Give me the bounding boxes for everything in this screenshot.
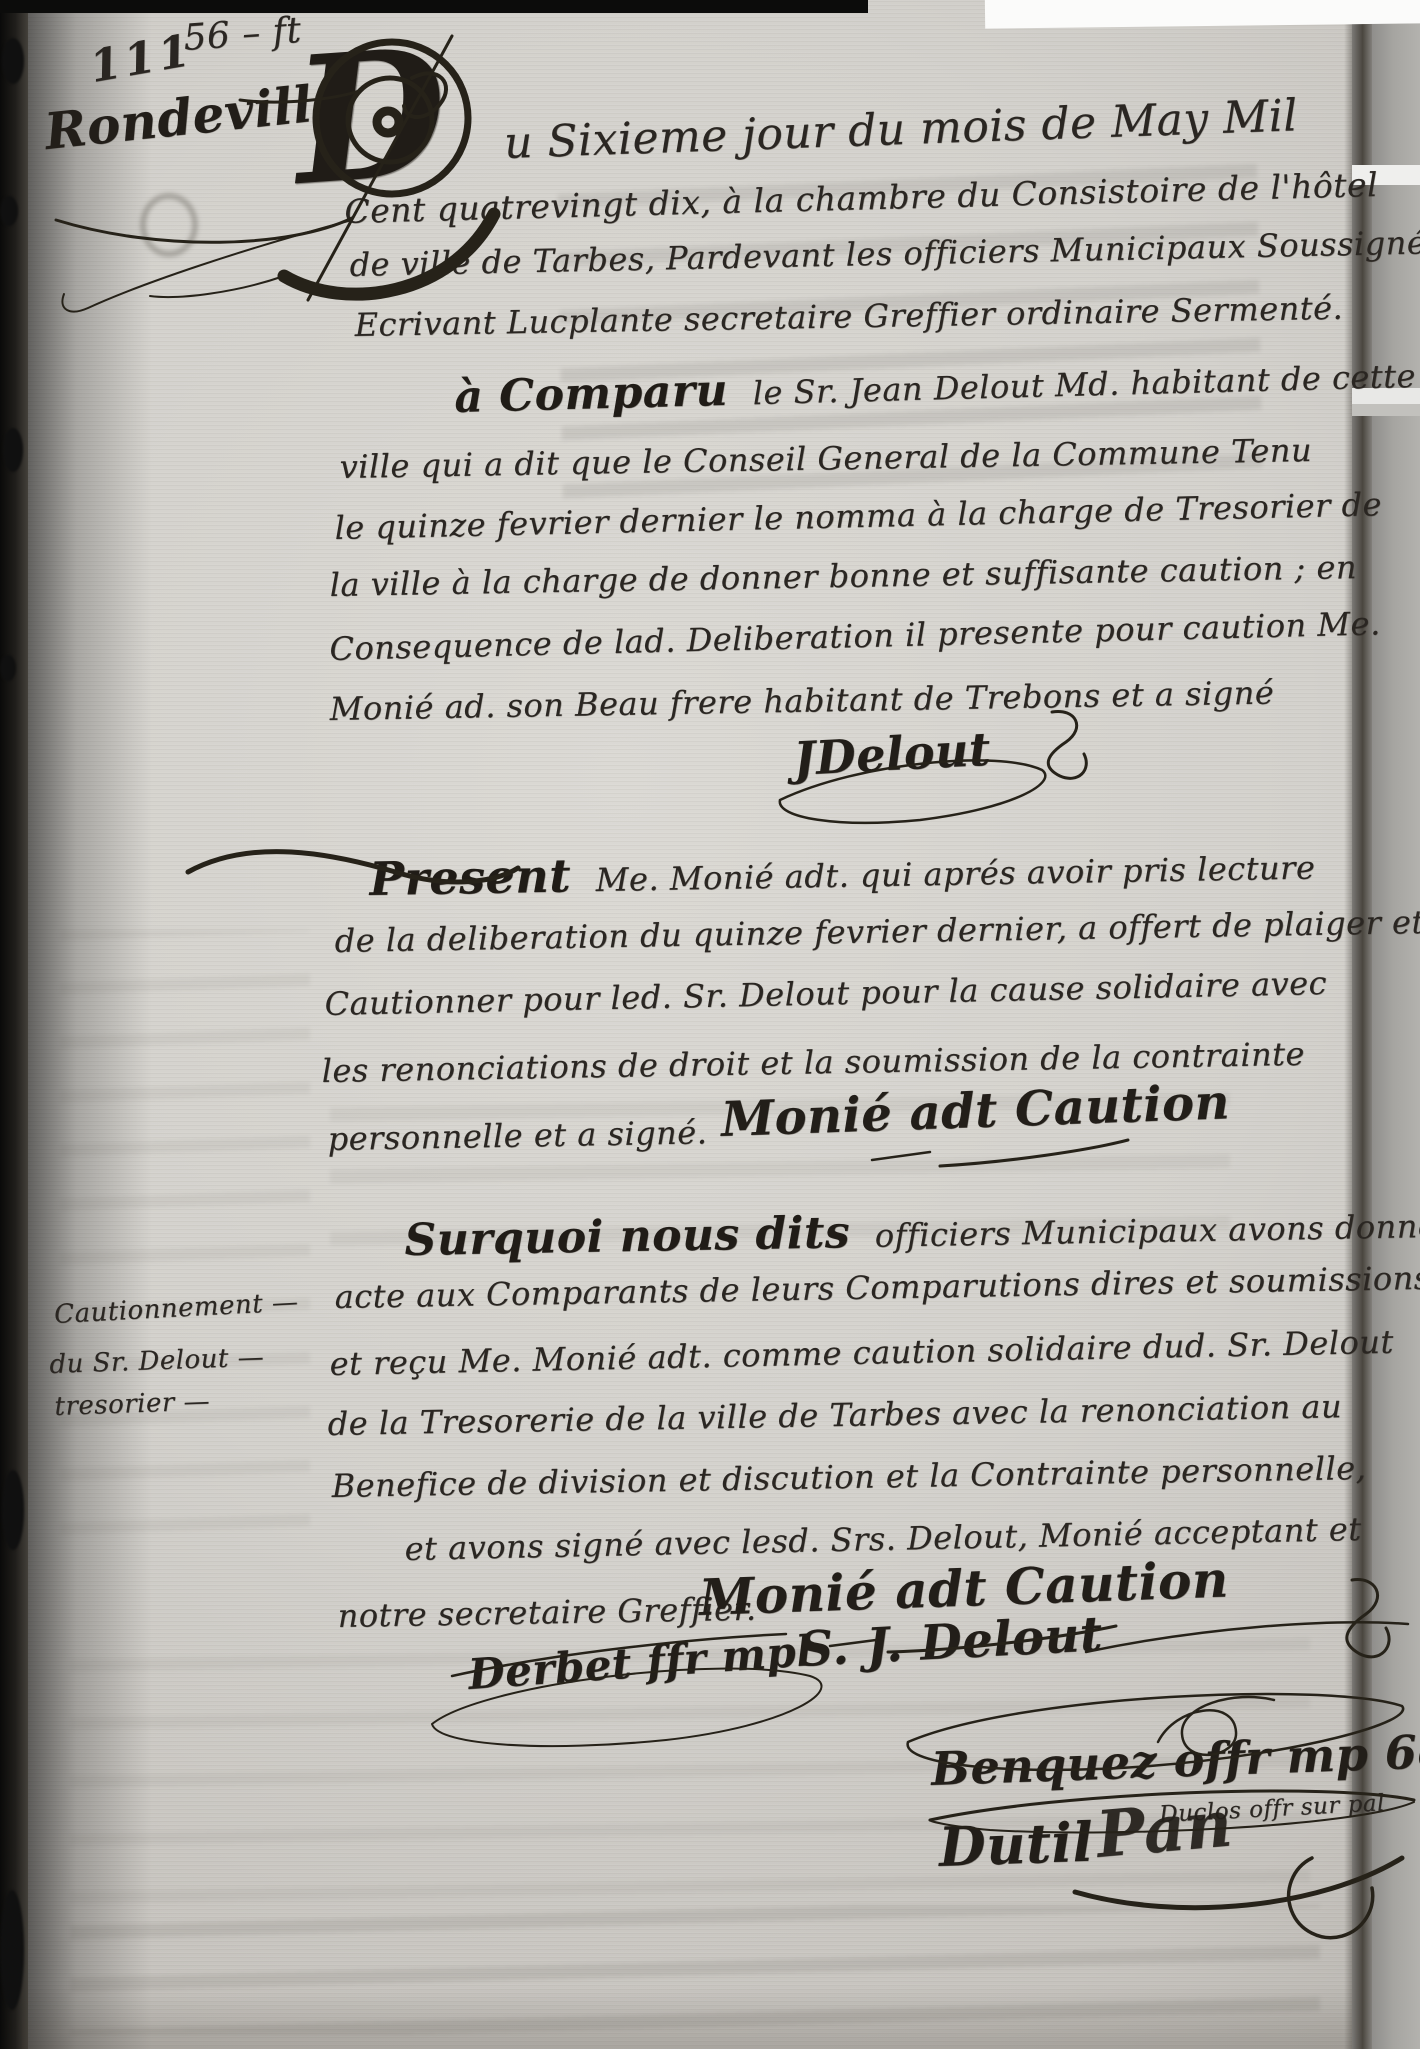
comparution-lead: à Comparu	[454, 365, 729, 423]
signature-dutil: Dutil	[938, 1810, 1095, 1879]
caution-lead: Present	[369, 848, 571, 906]
acte-line-1-rest: officiers Municipaux avons donné	[874, 1207, 1420, 1255]
spine-ink-blot	[3, 428, 23, 472]
caution-line-5: personnelle et a signé.	[327, 1113, 707, 1158]
spine-ink-blot	[0, 1890, 24, 2010]
page-edge-highlight	[1352, 404, 1420, 416]
margin-note-line-3: tresorier —	[54, 1387, 211, 1422]
manuscript-scan: 56 – ft 111 Rondeville D u Sixieme jour …	[0, 0, 1420, 2049]
binding-gutter-shadow	[22, 0, 152, 2049]
book-spine-edge	[0, 0, 28, 2049]
signature-delout-first: JDelout	[792, 722, 992, 786]
page-bottom-shadow	[22, 1985, 1352, 2049]
fee-annotation: 56 – ft	[182, 10, 303, 59]
spine-ink-blot	[2, 1470, 24, 1550]
spine-ink-blot	[2, 38, 24, 84]
acte-line-7: notre secretaire Greffier.	[337, 1590, 756, 1635]
spine-ink-blot	[0, 655, 16, 681]
signature-pan: Pan	[1093, 1786, 1235, 1873]
spine-ink-blot	[0, 196, 18, 226]
acte-lead: Surquoi nous dits	[404, 1207, 850, 1266]
